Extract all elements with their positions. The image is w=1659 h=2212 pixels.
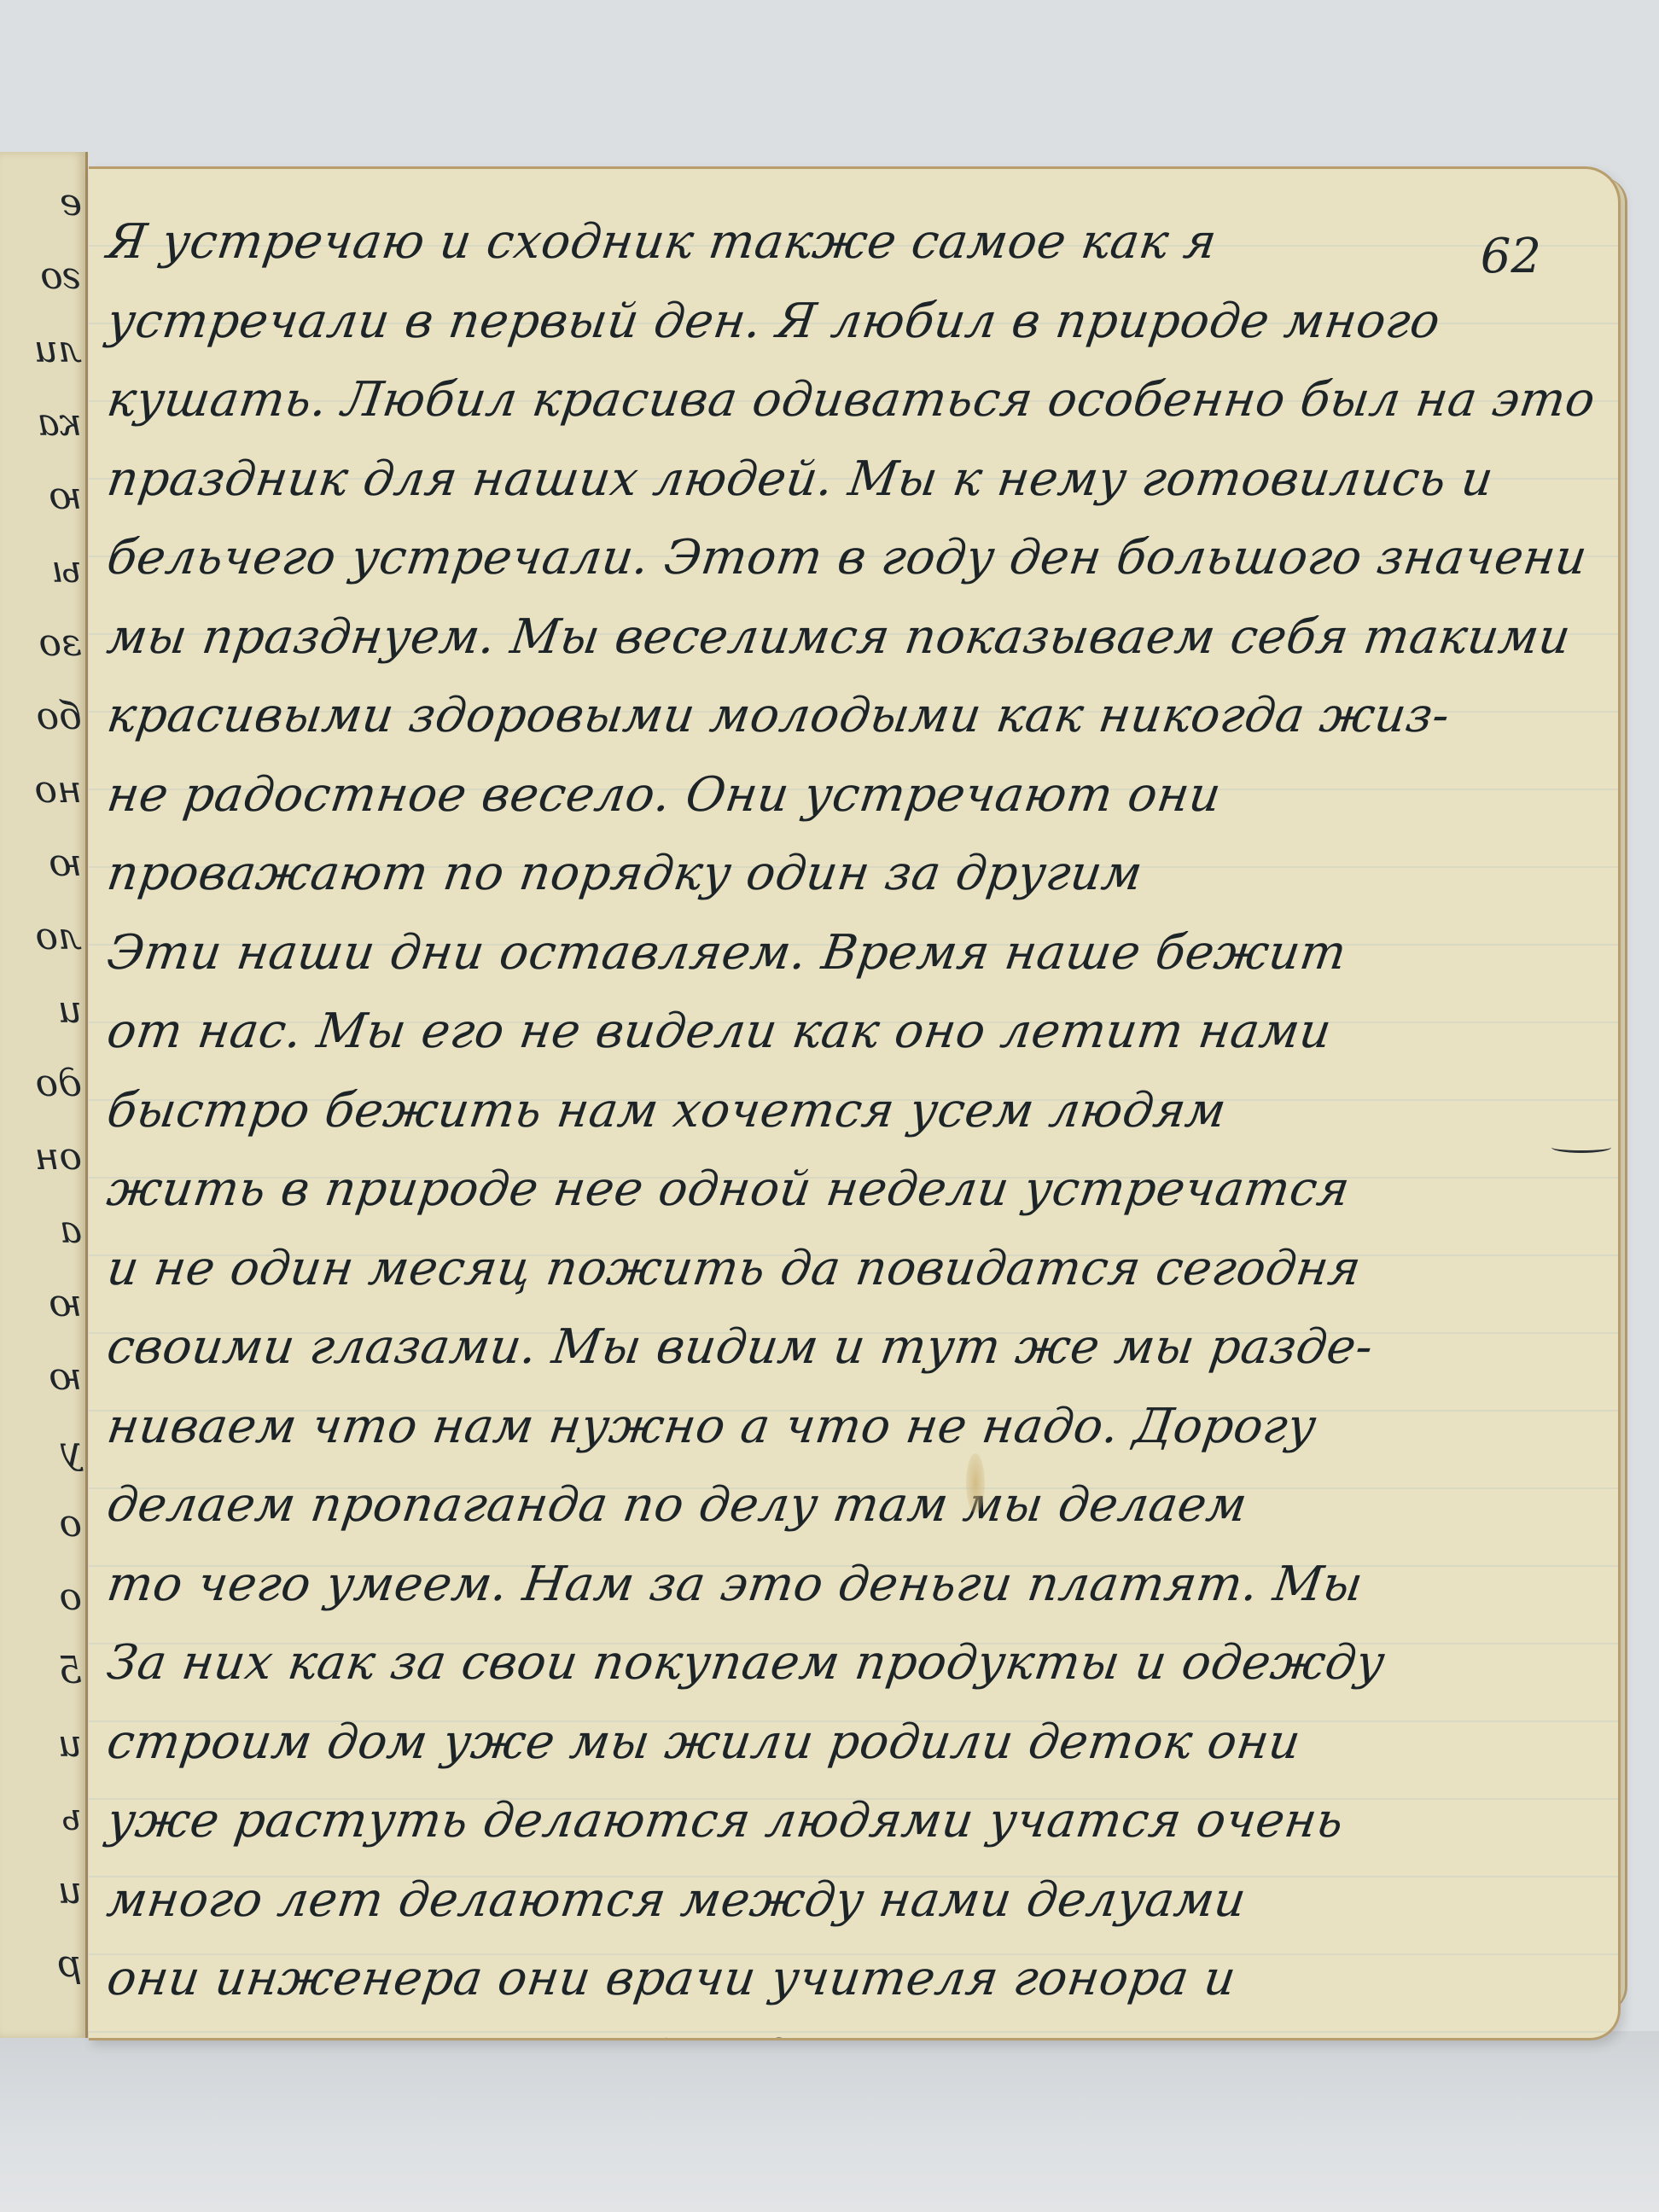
text-line: конструктора умной люди: [102, 2019, 1529, 2041]
text-line: жить в природе нее одной недели устречат…: [102, 1150, 1529, 1230]
text-line: делаем пропаганда по делу там мы делаем: [102, 1466, 1529, 1545]
notebook-page: 62 Я устречаю и сходник также самое как …: [89, 166, 1621, 2040]
text-line: красивыми здоровыми молодыми как никогда…: [102, 677, 1529, 756]
left-page-text-fragment: и: [5, 1866, 82, 1917]
text-line: уже растуть делаются людями учатся очень: [102, 1782, 1529, 1861]
left-page-text-fragment: ю: [5, 838, 82, 889]
left-page-text-fragment: ь: [5, 1792, 82, 1843]
left-page-text-fragment: ю: [5, 1278, 82, 1330]
left-page-text-fragment: и: [5, 1719, 82, 1770]
text-line: праздник для наших людей. Мы к нему гото…: [102, 440, 1529, 520]
text-line: ниваем что нам нужно а что не надо. Доро…: [102, 1388, 1529, 1467]
text-line: мы празднуем. Мы веселимся показываем се…: [102, 598, 1529, 678]
text-line: от нас. Мы его не видели как оно летит н…: [102, 992, 1529, 1072]
text-line: кушать. Любил красива одиваться особенно…: [102, 361, 1529, 440]
text-line: проважают по порядку один за другим: [102, 835, 1529, 914]
left-page-text-fragment: ло: [5, 911, 82, 963]
left-page-strip: еголикаюызобоноюлоидоонаююуоо5иьир: [0, 152, 88, 2038]
left-page-text-fragment: он: [5, 1132, 82, 1183]
handwritten-text-body: Я устречаю и сходник также самое как я у…: [108, 203, 1524, 2040]
left-page-text-fragment: о: [5, 1499, 82, 1550]
left-page-text-fragment: ка: [5, 398, 82, 449]
text-line: то чего умеем. Нам за это деньги платят.…: [102, 1545, 1529, 1625]
margin-squiggle-mark: [1551, 1142, 1611, 1153]
left-page-text-fragment: ю: [5, 471, 82, 522]
text-line: много лет делаются между нами делуами: [102, 1861, 1529, 1941]
left-page-text-fragment: бо: [5, 691, 82, 742]
left-page-text-fragment: 5: [5, 1645, 82, 1697]
text-line: устречали в первый ден. Я любил в природ…: [102, 282, 1529, 362]
text-line: За них как за свои покупаем продукты и о…: [102, 1624, 1529, 1703]
paper-stain: [966, 1453, 985, 1513]
text-line: строим дом уже мы жили родили деток они: [102, 1703, 1529, 1783]
text-line: они инженера они врачи учителя гонора и: [102, 1940, 1529, 2019]
text-line: и не один месяц пожить да повидатся сего…: [102, 1230, 1529, 1309]
left-page-text-fragment: е: [5, 178, 82, 229]
left-page-text-fragment: ы: [5, 544, 82, 596]
text-line: Эти наши дни оставляем. Время наше бежит: [102, 914, 1529, 993]
text-line: Я устречаю и сходник также самое как я: [102, 203, 1529, 282]
text-line: не радостное весело. Они устречают они: [102, 756, 1529, 835]
left-page-text-fragment: ли: [5, 324, 82, 375]
left-page-text-fragment: до: [5, 1058, 82, 1109]
scan-background: [0, 2031, 1659, 2212]
left-page-text-fragment: р: [5, 1939, 82, 1990]
text-line: своими глазами. Мы видим и тут же мы раз…: [102, 1308, 1529, 1388]
left-page-text-fragment: го: [5, 251, 82, 302]
text-line: быстро бежить нам хочется усем людям: [102, 1072, 1529, 1151]
left-page-text-fragment: а: [5, 1205, 82, 1256]
left-page-text-fragment: ю: [5, 1352, 82, 1403]
left-page-text-fragment: но: [5, 765, 82, 816]
left-page-text-fragment: у: [5, 1425, 82, 1476]
left-page-text-fragment: о: [5, 1572, 82, 1623]
left-page-text-fragment: зо: [5, 618, 82, 669]
left-page-text-fragment: и: [5, 985, 82, 1036]
text-line: бельчего устречали. Этот в году ден боль…: [102, 519, 1529, 598]
